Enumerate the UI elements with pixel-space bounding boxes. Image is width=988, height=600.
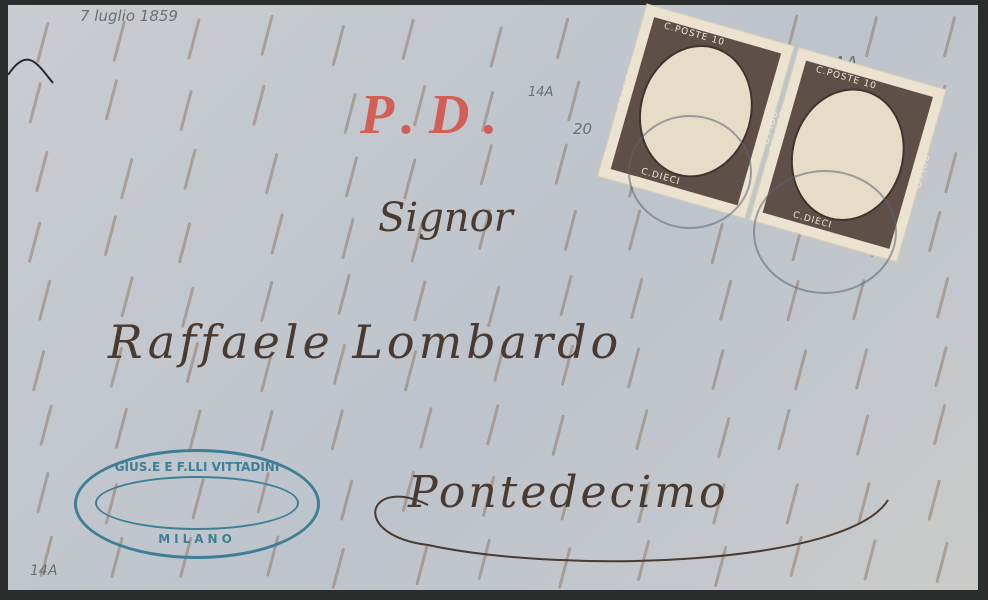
pencil-catalog-bottom: 14A bbox=[30, 563, 57, 579]
pencil-date: 7 luglio 1859 bbox=[80, 7, 178, 25]
pd-handstamp: P.D. bbox=[360, 83, 511, 147]
seal-line2: MILANO bbox=[77, 532, 317, 546]
postmark-cancel bbox=[753, 170, 897, 294]
letter-cover: 7 luglio 1859 14A 20 AA 14A P.D. C.POSTE… bbox=[8, 5, 978, 590]
address-city: Pontedecimo bbox=[408, 467, 729, 518]
sender-seal: GIUS.E E F.LLI VITTADINI MILANO bbox=[74, 449, 320, 559]
pencil-catalog-top: 14A bbox=[528, 85, 553, 100]
seal-line1: GIUS.E E F.LLI VITTADINI bbox=[77, 460, 317, 474]
postmark-cancel bbox=[628, 115, 752, 229]
address-salutation: Signor bbox=[378, 195, 513, 241]
pencil-rate: 20 bbox=[573, 120, 592, 138]
address-name: Raffaele Lombardo bbox=[108, 315, 622, 369]
